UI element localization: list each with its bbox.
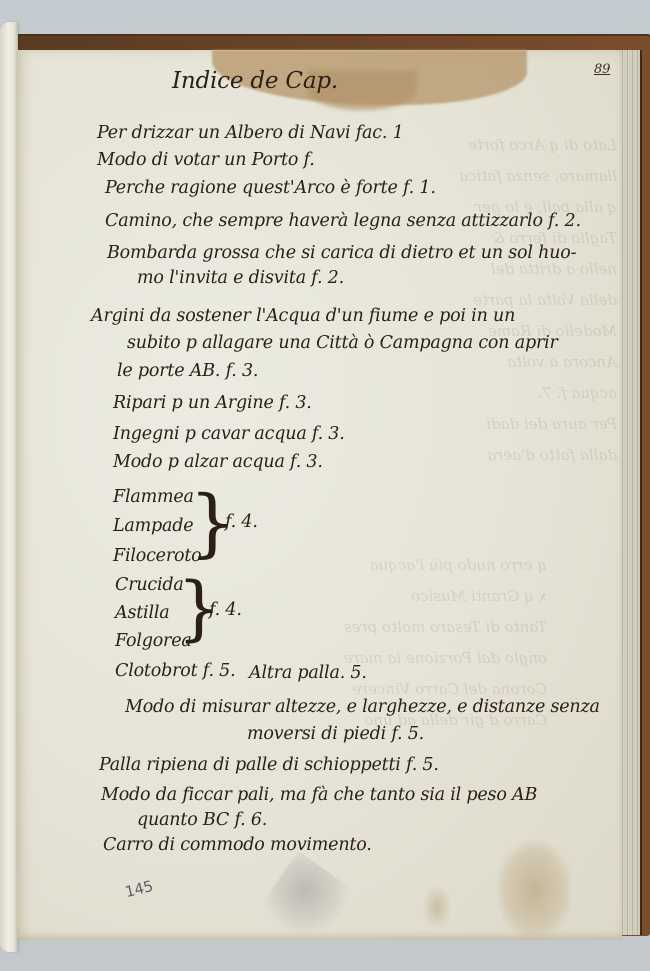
index-entry: Per drizzar un Albero di Navi fac. 1	[97, 123, 404, 143]
pencil-folio-number: 145	[123, 877, 155, 901]
index-entry: Bombarda grossa che si carica di dietro …	[107, 243, 576, 263]
index-entry-continuation: subito p allagare una Città ò Campagna c…	[127, 333, 558, 353]
previous-page-curl	[0, 22, 18, 952]
index-entry: Modo da ficcar pali, ma fà che tanto sia…	[101, 785, 537, 805]
index-entry: Carro di commodo movimento.	[103, 835, 372, 855]
index-entry-continuation: le porte AB. f. 3.	[117, 361, 258, 381]
index-entry: Argini da sostener l'Acqua d'un fiume e …	[91, 306, 515, 326]
group-2-item: Astilla	[115, 603, 169, 623]
index-entry: Modo p alzar acqua f. 3.	[113, 452, 323, 472]
group-1-item: Lampade	[113, 516, 193, 536]
index-entry: Camino, che sempre haverà legna senza at…	[105, 211, 581, 231]
index-entry: Palla ripiena di palle di schioppetti f.…	[99, 755, 439, 775]
index-entry-continuation: moversi di piedi f. 5.	[247, 724, 424, 744]
index-entry: Perche ragione quest'Arco è forte f. 1.	[105, 178, 436, 198]
index-entry: Modo di votar un Porto f.	[97, 150, 315, 170]
manuscript-photo: Lato di q Arco forte llamaro, senza fati…	[0, 0, 650, 971]
water-stain-bottom-right	[497, 840, 572, 940]
index-entry: Clotobrot f. 5.	[115, 661, 235, 681]
index-entry-continuation: mo l'invita e disvita f. 2.	[137, 268, 344, 288]
grey-smudge	[258, 851, 355, 948]
index-entry-aside: Altra palla. 5.	[249, 663, 367, 683]
page-number: 89	[594, 62, 610, 77]
index-entry: Ripari p un Argine f. 3.	[113, 393, 312, 413]
index-entry-continuation: quanto BC f. 6.	[137, 810, 267, 830]
group-1-folio: f. 4.	[225, 512, 258, 532]
water-stain-bottom-mid	[422, 885, 452, 930]
manuscript-page: Lato di q Arco forte llamaro, senza fati…	[17, 50, 622, 940]
group-1-item: Flammea	[113, 487, 194, 507]
page-title: Indice de Cap.	[172, 68, 338, 94]
bleed-through-text-top: Lato di q Arco forte llamaro, senza fati…	[437, 130, 617, 471]
index-entry: Ingegni p cavar acqua f. 3.	[113, 424, 345, 444]
group-2-item: Crucida	[115, 575, 184, 595]
group-2-folio: f. 4.	[209, 600, 242, 620]
index-entry: Modo di misurar altezze, e larghezze, e …	[125, 697, 600, 717]
